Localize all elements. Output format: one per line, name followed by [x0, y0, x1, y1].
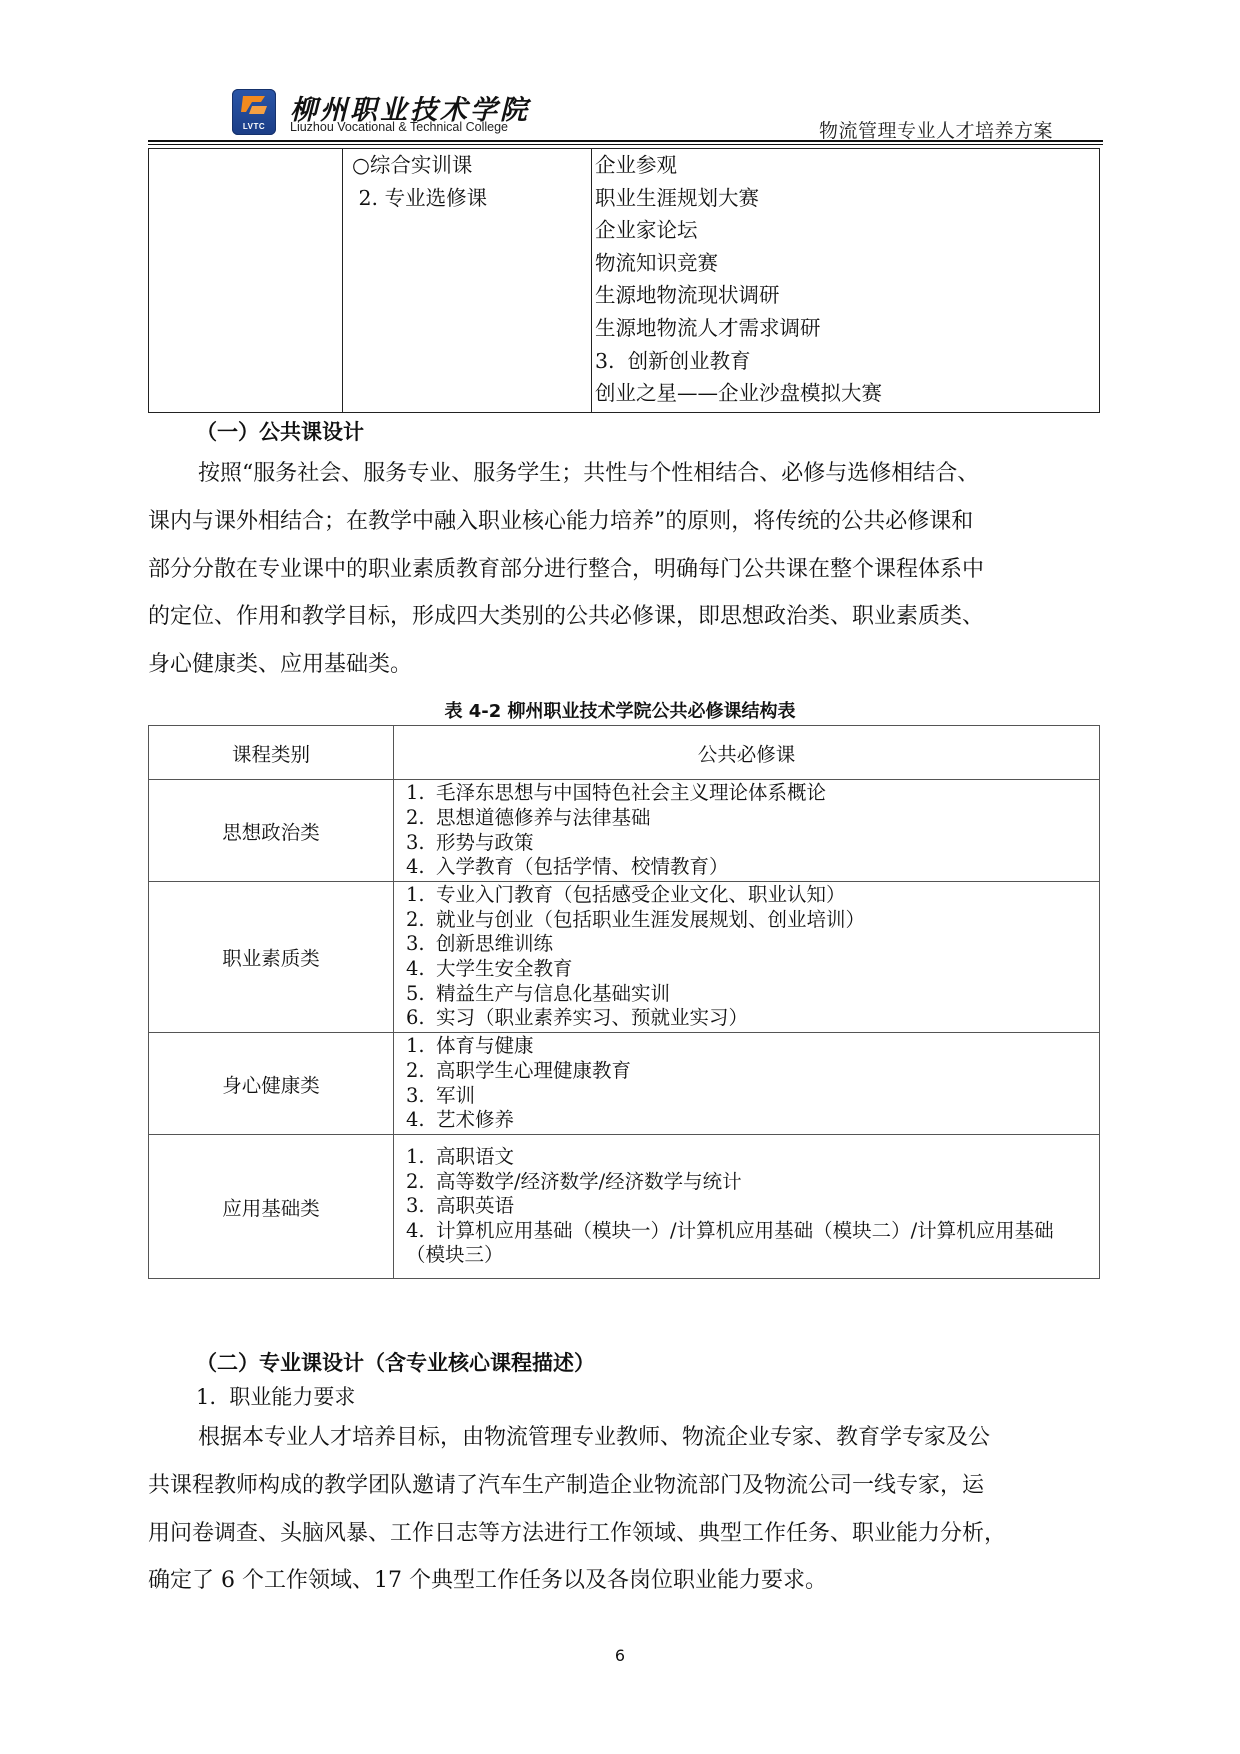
table-row: 职业素质类 1.专业入门教育（包括感受企业文化、职业认知） 2.就业与创业（包括… [149, 882, 1100, 1033]
activity-item: 职业生涯规划大赛 [595, 182, 759, 215]
course-item: 3.军训 [406, 1084, 1099, 1109]
course-type-line: 2. 专业选修课 [352, 182, 487, 215]
table-row: 身心健康类 1.体育与健康 2.高职学生心理健康教育 3.军训 4.艺术修养 [149, 1033, 1100, 1135]
column-header-courses: 公共必修课 [394, 726, 1100, 780]
school-name-en: Liuzhou Vocational & Technical College [290, 120, 508, 134]
table-header-row: 课程类别 公共必修课 [149, 726, 1100, 780]
course-item: 4.入学教育（包括学情、校情教育） [406, 855, 1099, 880]
course-item: 3.形势与政策 [406, 831, 1099, 856]
course-item: 4.大学生安全教育 [406, 957, 1099, 982]
courses-cell: 1.毛泽东思想与中国特色社会主义理论体系概论 2.思想道德修养与法律基础 3.形… [394, 780, 1100, 882]
course-item: 2.高职学生心理健康教育 [406, 1059, 1099, 1084]
course-item: 1.体育与健康 [406, 1034, 1099, 1059]
category-cell: 身心健康类 [149, 1033, 394, 1135]
table-cell-course-type: ○综合实训课 2. 专业选修课 [342, 149, 592, 412]
activity-item: 企业家论坛 [595, 214, 698, 247]
courses-cell: 1.高职语文 2.高等数学/经济数学/经济数学与统计 3.高职英语 4.计算机应… [394, 1135, 1100, 1279]
section-heading-professional-courses: （二）专业课设计（含专业核心课程描述） [196, 1347, 595, 1377]
subheading-competency-requirements: 1. 职业能力要求 [196, 1381, 355, 1411]
activity-item: 3. 创新创业教育 [595, 345, 751, 378]
paragraph-line: 按照“服务社会、服务专业、服务学生；共性与个性相结合、必修与选修相结合、 [148, 450, 1103, 498]
category-cell: 职业素质类 [149, 882, 394, 1033]
public-course-structure-table: 课程类别 公共必修课 思想政治类 1.毛泽东思想与中国特色社会主义理论体系概论 … [148, 725, 1100, 1279]
activity-item: 企业参观 [595, 149, 677, 182]
course-item: 2.思想道德修养与法律基础 [406, 806, 1099, 831]
category-cell: 应用基础类 [149, 1135, 394, 1279]
course-item: 1.毛泽东思想与中国特色社会主义理论体系概论 [406, 781, 1099, 806]
activity-item: 生源地物流人才需求调研 [595, 312, 821, 345]
paragraph-line: 根据本专业人才培养目标，由物流管理专业教师、物流企业专家、教育学专家及公 [148, 1414, 1103, 1462]
activity-item: 生源地物流现状调研 [595, 279, 780, 312]
course-item: 1.专业入门教育（包括感受企业文化、职业认知） [406, 883, 1099, 908]
courses-cell: 1.体育与健康 2.高职学生心理健康教育 3.军训 4.艺术修养 [394, 1033, 1100, 1135]
paragraph-line: 身心健康类、应用基础类。 [148, 641, 1103, 689]
activity-item: 物流知识竞赛 [595, 247, 718, 280]
course-item: 2.高等数学/经济数学/经济数学与统计 [406, 1170, 1099, 1195]
courses-cell: 1.专业入门教育（包括感受企业文化、职业认知） 2.就业与创业（包括职业生涯发展… [394, 882, 1100, 1033]
paragraph-line: 课内与课外相结合；在教学中融入职业核心能力培养”的原则，将传统的公共必修课和 [148, 498, 1103, 546]
table-row: 应用基础类 1.高职语文 2.高等数学/经济数学/经济数学与统计 3.高职英语 … [149, 1135, 1100, 1279]
paragraph-line: 的定位、作用和教学目标，形成四大类别的公共必修课，即思想政治类、职业素质类、 [148, 593, 1103, 641]
course-item: 3.创新思维训练 [406, 932, 1099, 957]
header-rule-thin [148, 144, 1103, 145]
paragraph-line: 确定了 6 个工作领域、17 个典型工作任务以及各岗位职业能力要求。 [148, 1557, 1103, 1605]
course-item: 5.精益生产与信息化基础实训 [406, 982, 1099, 1007]
course-item: 3.高职英语 [406, 1194, 1099, 1219]
table-caption: 表 4-2 柳州职业技术学院公共必修课结构表 [0, 697, 1240, 723]
logo-text: LVTC [232, 122, 276, 131]
course-type-line: ○综合实训课 [352, 149, 472, 182]
table-row: 思想政治类 1.毛泽东思想与中国特色社会主义理论体系概论 2.思想道德修养与法律… [149, 780, 1100, 882]
course-item: 1.高职语文 [406, 1145, 1099, 1170]
document-title: 物流管理专业人才培养方案 [819, 116, 1053, 143]
column-header-category: 课程类别 [149, 726, 394, 780]
table-cell-empty [149, 149, 343, 412]
continued-course-table: ○综合实训课 2. 专业选修课 企业参观 职业生涯规划大赛 企业家论坛 物流知识… [148, 148, 1100, 413]
course-item: 4.计算机应用基础（模块一）/计算机应用基础（模块二）/计算机应用基础（模块三） [406, 1219, 1099, 1268]
paragraph-line: 共课程教师构成的教学团队邀请了汽车生产制造企业物流部门及物流公司一线专家，运 [148, 1462, 1103, 1510]
course-item: 6.实习（职业素养实习、预就业实习） [406, 1006, 1099, 1031]
section2-paragraph: 根据本专业人才培养目标，由物流管理专业教师、物流企业专家、教育学专家及公 共课程… [148, 1414, 1103, 1605]
category-cell: 思想政治类 [149, 780, 394, 882]
paragraph-line: 用问卷调查、头脑风暴、工作日志等方法进行工作领域、典型工作任务、职业能力分析， [148, 1510, 1103, 1558]
section1-paragraph: 按照“服务社会、服务专业、服务学生；共性与个性相结合、必修与选修相结合、 课内与… [148, 450, 1103, 689]
college-logo: LVTC [232, 89, 276, 135]
table-cell-activities: 企业参观 职业生涯规划大赛 企业家论坛 物流知识竞赛 生源地物流现状调研 生源地… [591, 149, 1099, 412]
page-number: 6 [0, 1646, 1240, 1665]
activity-item: 创业之星——企业沙盘模拟大赛 [595, 377, 882, 410]
course-item: 2.就业与创业（包括职业生涯发展规划、创业培训） [406, 908, 1099, 933]
header-rule [148, 140, 1103, 142]
section-heading-public-courses: （一）公共课设计 [196, 416, 364, 446]
lvtc-logo-icon [240, 94, 268, 116]
course-item: 4.艺术修养 [406, 1108, 1099, 1133]
paragraph-line: 部分分散在专业课中的职业素质教育部分进行整合，明确每门公共课在整个课程体系中 [148, 546, 1103, 594]
